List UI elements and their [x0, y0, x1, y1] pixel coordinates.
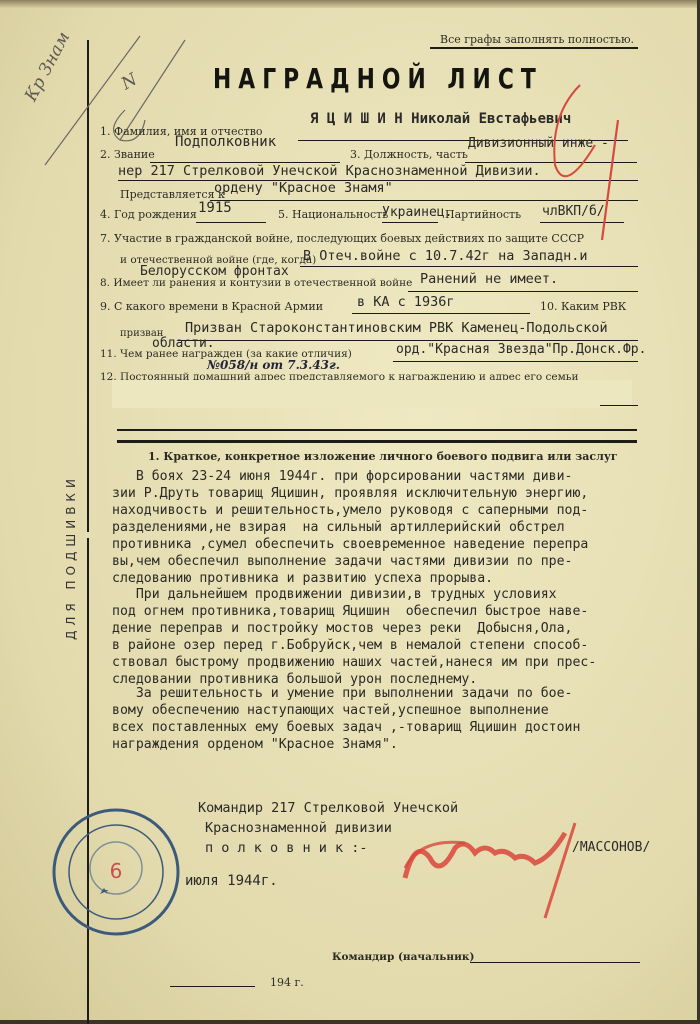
field-9-value: в КА с 1936г — [357, 294, 455, 310]
field-5-label: 5. Национальность — [278, 208, 388, 221]
field-4-value: 1915 — [198, 200, 232, 216]
field-11-value: орд."Красная Звезда"Пр.Донск.Фр. — [396, 342, 646, 357]
redacted-address — [112, 380, 632, 408]
narrative-paragraph-3: За решительность и умение при выполнении… — [112, 685, 692, 753]
division-stamp-icon: 6 — [38, 806, 188, 936]
signature-line-2: Краснознаменной дивизии — [205, 820, 392, 836]
narrative-paragraph-1: В боях 23-24 июня 1944г. при форсировани… — [112, 468, 692, 587]
nominated-value: ордену "Красное Знамя" — [214, 180, 393, 196]
narrative-heading: 1. Краткое, конкретное изложение личного… — [148, 450, 618, 463]
field-3-value-line2: нер 217 Стрелковой Унечской Краснознамен… — [118, 163, 541, 179]
page-title: НАГРАДНОЙ ЛИСТ — [213, 62, 543, 95]
field-3-label: 3. Должность, часть — [350, 148, 468, 161]
field-8-label: 8. Имеет ли ранения и контузии в отечест… — [100, 277, 412, 289]
red-number-mark-icon — [530, 80, 640, 250]
svg-text:6: 6 — [110, 859, 123, 883]
binding-margin-label: ДЛЯ ПОДШИВКИ — [64, 420, 84, 640]
field-5-value: Украинец. — [382, 205, 452, 220]
paper-bottom-edge — [0, 1020, 700, 1024]
fill-instruction: Все графы заполнять полностью. — [440, 33, 634, 46]
field-2-label: 2. Звание — [100, 148, 155, 161]
red-signature-icon — [385, 818, 585, 928]
field-7-value-line1: В Отеч.войне с 10.7.42г на Западн.и — [303, 248, 587, 264]
paper-top-edge — [0, 0, 700, 8]
signature-date: июля 1944г. — [185, 873, 278, 889]
field-10-value-line1: Призван Староконстантиновским РВК Камене… — [185, 320, 608, 336]
field-11-handwritten-ref: №058/н от 7.3.43г. — [207, 358, 340, 372]
field-7-label-line1: 7. Участие в гражданской войне, последую… — [100, 232, 584, 245]
footer-year: 194 г. — [270, 976, 304, 989]
narrative-paragraph-2: При дальнейшем продвижении дивизии,в тру… — [112, 586, 692, 688]
field-9-label: 9. С какого времени в Красной Армии — [100, 300, 323, 313]
field-6-label: Партийность — [445, 208, 521, 221]
field-8-value: Ранений не имеет. — [420, 271, 558, 287]
signature-line-3: п о л к о в н и к :- — [205, 840, 368, 856]
field-10-label: 10. Каким РВК — [540, 300, 626, 313]
field-2-value: Подполковник — [175, 134, 276, 150]
signature-line-1: Командир 217 Стрелковой Унечской — [198, 800, 458, 816]
pencil-strike-icon — [0, 30, 200, 210]
commander-label: Командир (начальник) — [332, 951, 474, 963]
field-4-label: 4. Год рождения — [100, 208, 197, 221]
